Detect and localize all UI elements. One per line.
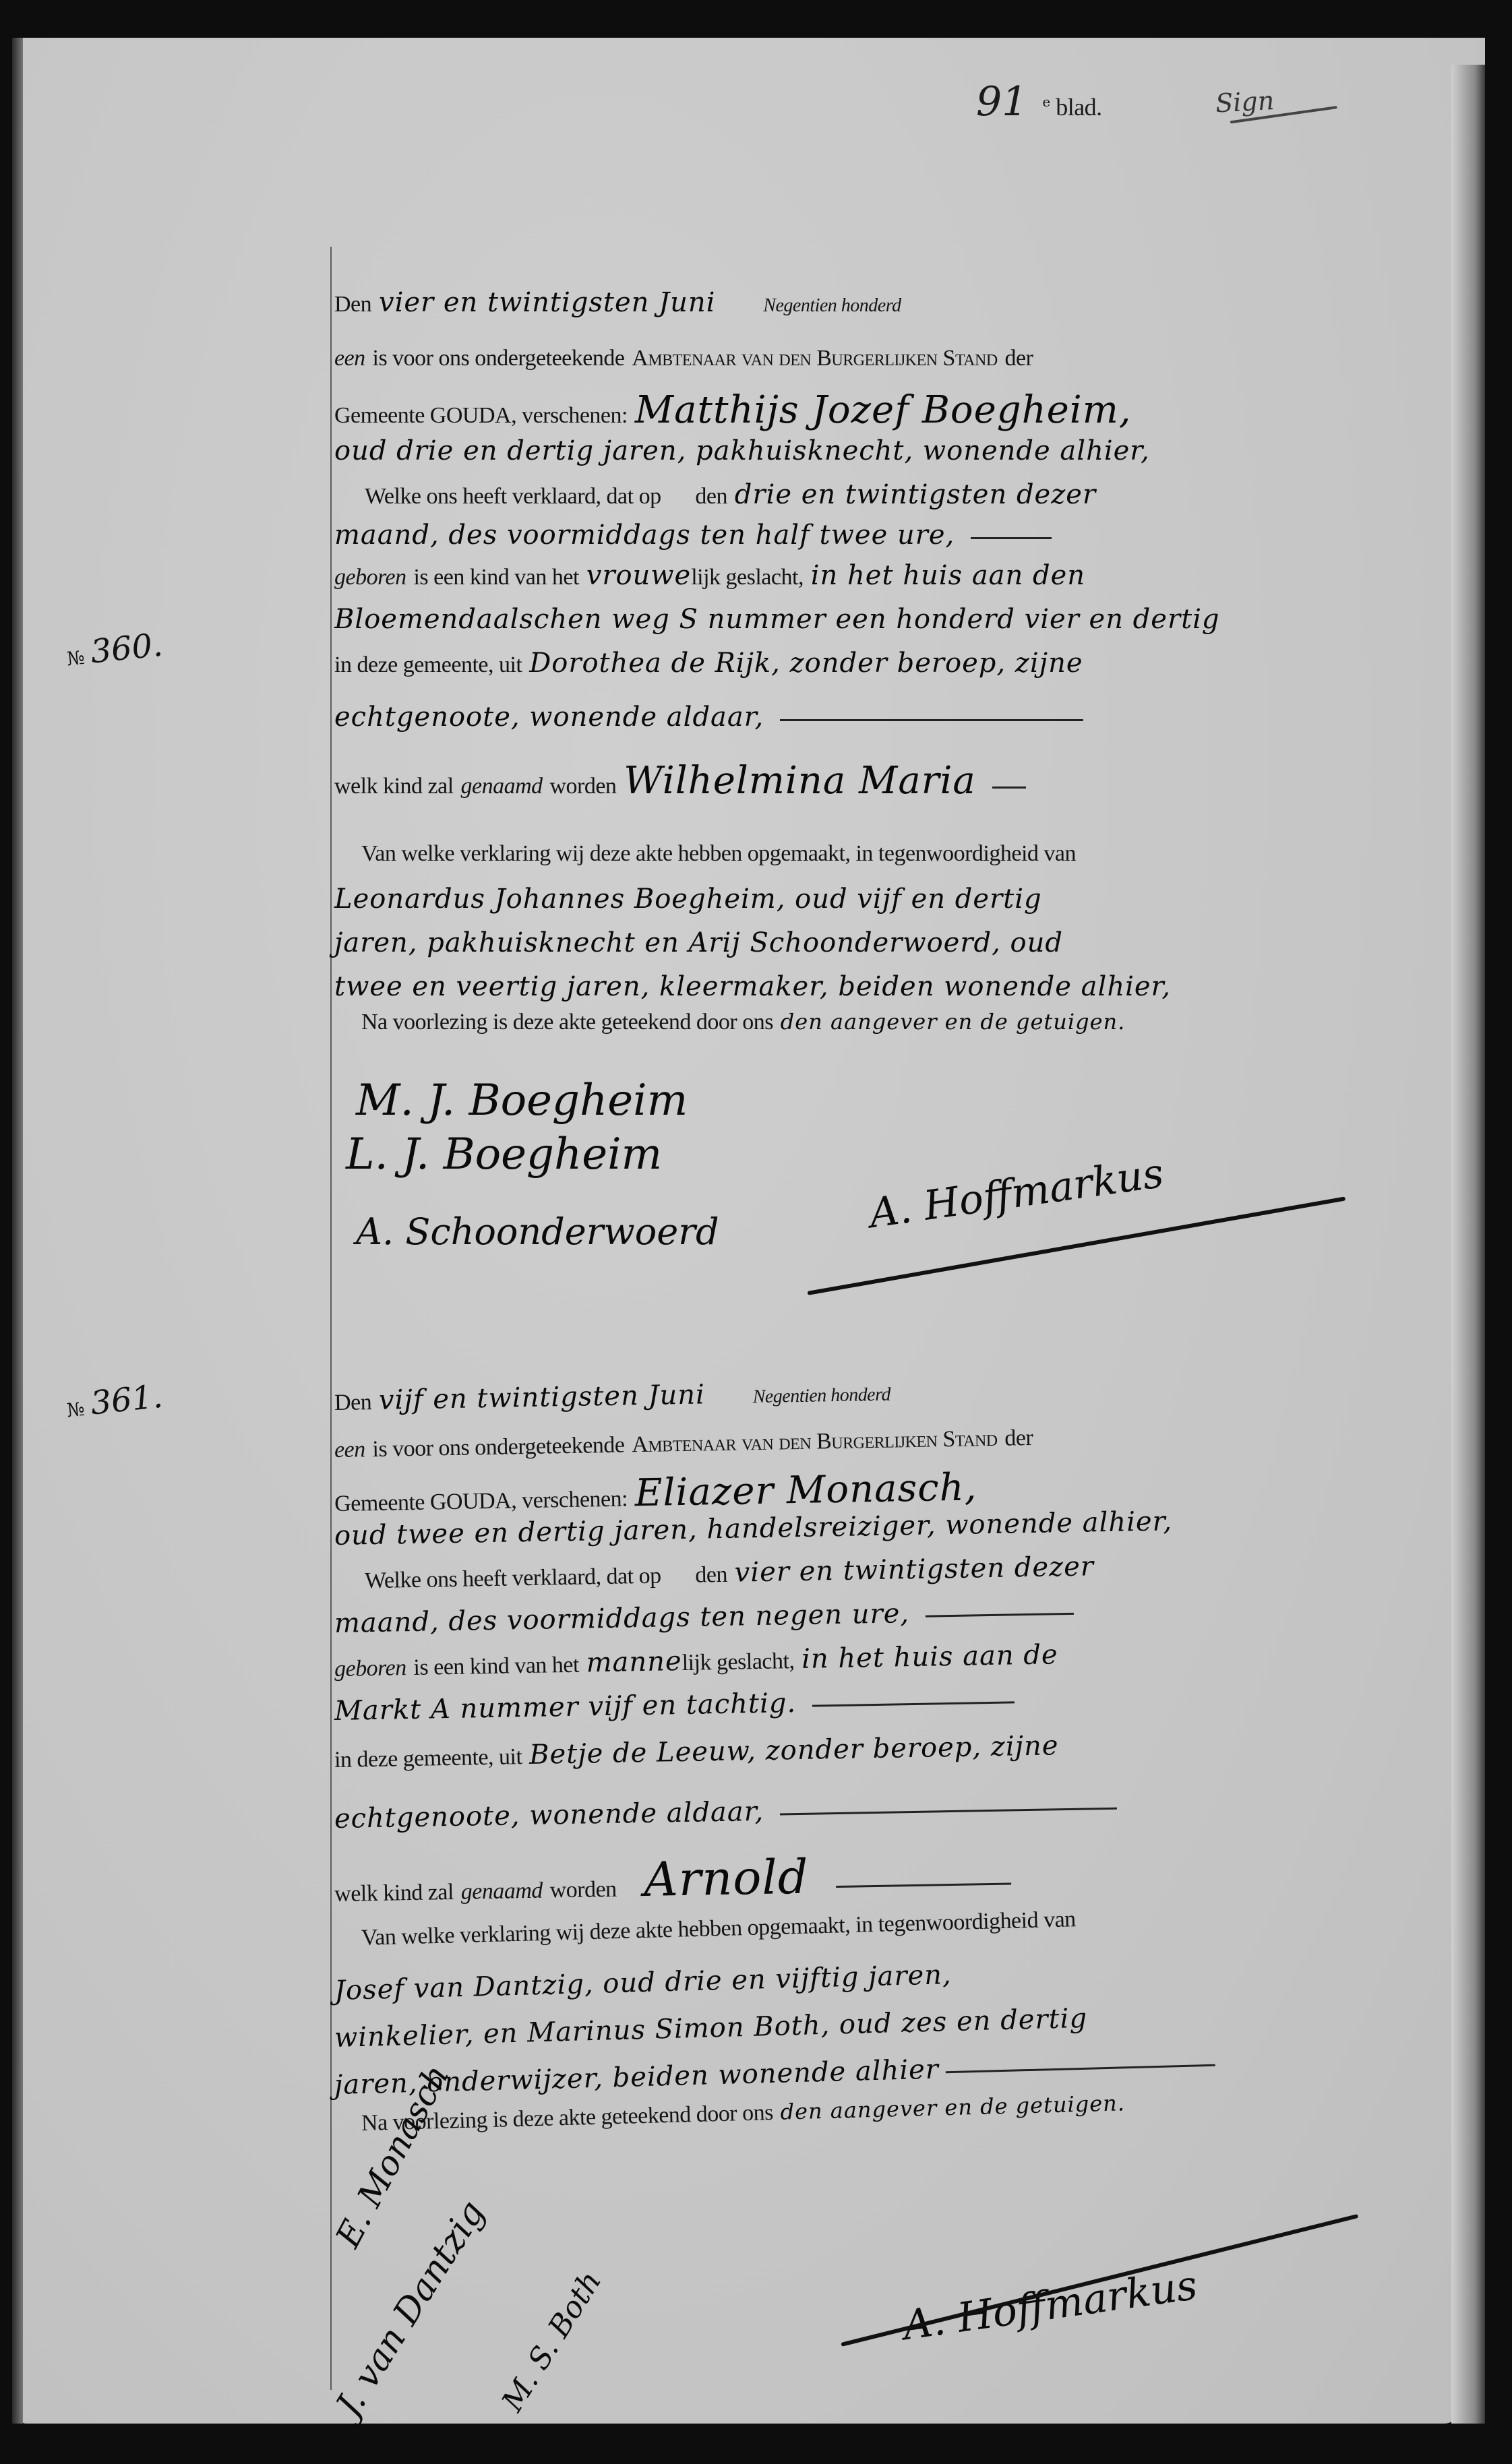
signature-declarant: M. J. Boegheim [356,1076,688,1126]
handwritten-date: vier en twintigsten Juni [379,287,716,318]
birth-date: drie en twintigsten dezer [735,479,1096,510]
fill-dash [971,537,1052,539]
printed-text: is voor ons ondergeteekende [373,346,625,371]
record-number-value: 361. [89,1378,164,1423]
child-sex: vrouwe [586,560,691,591]
record-line-witness1: Josef van Dantzig, oud drie en vijftig j… [334,1948,1386,2006]
child-sex: manne [586,1646,682,1678]
printed-year-prefix: Negentien honderd [752,1384,890,1408]
printed-text: is voor ons ondergeteekende [372,1432,625,1462]
page-gutter-edge [12,38,23,2424]
record-line-official: een is voor ons ondergeteekende Ambtenaa… [334,1418,1386,1463]
page-number: 91 [976,78,1027,125]
signature-witness-1: L. J. Boegheim [346,1130,662,1179]
mother-residence: echtgenoote, wonende aldaar, [334,1796,764,1835]
page-label: blad. [1056,94,1101,121]
signature-witness-2: A. Schoonderwoerd [356,1210,719,1253]
record-line-address: Bloemendaalschen weg S nummer een honder… [334,604,1386,635]
page-binding-edge [1451,65,1485,2424]
fill-dash [812,1701,1015,1706]
printed-text: Welke ons heeft verklaard, dat op [365,1564,661,1594]
record-line-witness2: jaren, pakhuisknecht en Arij Schoonderwo… [334,927,1386,958]
printed-text: genaamd [460,774,542,799]
record-line-date: Den vijf en twintigsten Juni Negentien h… [334,1367,1387,1417]
child-name: Wilhelmina Maria [624,759,976,803]
record-line-witness-details: twee en veertig jaren, kleermaker, beide… [334,971,1386,1002]
fill-dash [780,1807,1117,1815]
record-line-birth-time: maand, des voormiddags ten half twee ure… [334,520,1386,551]
printed-text: Welke ons heeft verklaard, dat op [365,484,661,509]
signers-note: den aangever en de getuigen. [780,2090,1125,2124]
birth-time: maand, des voormiddags ten negen ure, [334,1598,910,1639]
printed-text: geboren [334,565,406,590]
printed-text: den [695,1562,727,1588]
printed-text: genaamd [460,1878,543,1905]
record-line-date: Den vier en twintigsten Juni Negentien h… [334,287,1386,318]
witness-1-details: Josef van Dantzig, oud drie en vijftig j… [334,1959,952,2006]
birthplace-intro: in het huis aan de [802,1639,1058,1675]
printed-text: lijk geslacht, [682,1649,794,1675]
record-line-birth-date: Welke ons heeft verklaard, dat op den vi… [334,1546,1387,1595]
witness-details: twee en veertig jaren, kleermaker, beide… [334,971,1171,1002]
handwritten-date: vijf en twintigsten Juni [379,1379,706,1415]
record-line-witness1: Leonardus Johannes Boegheim, oud vijf en… [334,884,1386,915]
record-line-closing: Na voorlezing is deze akte geteekend doo… [334,1008,1386,1035]
numero-sign: № [65,646,86,671]
child-name: Arnold [643,1849,809,1907]
printed-text: geboren [334,1655,406,1682]
page-number-suffix: e [1042,94,1050,110]
printed-text: Gemeente GOUDA, verschenen: [334,403,628,428]
fill-dash [836,1882,1011,1888]
printed-text: Van welke verklaring wij deze akte hebbe… [361,1907,1077,1950]
record-line-mother-residence: echtgenoote, wonende aldaar, [334,702,1386,733]
record-line-declarant-details: oud drie en dertig jaren, pakhuisknecht,… [334,435,1386,466]
record-line-official: een is voor ons ondergeteekende Ambtenaa… [334,344,1386,371]
record-line-mother: in deze gemeente, uit Dorothea de Rijk, … [334,648,1386,679]
mother-name: Betje de Leeuw, zonder beroep, zijne [529,1730,1059,1770]
printed-official-title: Ambtenaar van den Burgerlijken Stand [632,346,997,371]
birth-time: maand, des voormiddags ten half twee ure… [334,520,955,551]
printed-text: is een kind van het [413,565,578,590]
printed-text: worden [549,774,616,799]
record-line-declarant: Gemeente GOUDA, verschenen: Matthijs Joz… [334,388,1386,432]
printed-text: welk kind zal [334,774,454,799]
page-header: 91eblad. [976,78,1102,125]
record-line-birth-date: Welke ons heeft verklaard, dat op den dr… [334,479,1386,510]
witness-2-details: jaren, pakhuisknecht en Arij Schoonderwo… [334,927,1063,958]
record-line-mother: in deze gemeente, uit Betje de Leeuw, zo… [334,1725,1387,1774]
printed-text: welk kind zal [334,1880,454,1907]
record-number-value: 360. [89,626,164,671]
signers-note: den aangever en de getuigen. [781,1009,1126,1035]
declarant-name: Matthijs Jozef Boegheim, [635,388,1132,432]
fill-dash [780,719,1083,721]
printed-text: in deze gemeente, uit [334,652,522,677]
record-line-witness-intro: Van welke verklaring wij deze akte hebbe… [334,840,1386,867]
mother-residence: echtgenoote, wonende aldaar, [334,702,764,733]
printed-text: der [1004,1425,1033,1451]
witness-2-details: winkelier, en Marinus Simon Both, oud ze… [334,2003,1087,2054]
printed-text: Van welke verklaring wij deze akte hebbe… [361,841,1076,866]
printed-text: in deze gemeente, uit [334,1744,522,1773]
record-line-child-name: welk kind zal genaamd worden Wilhelmina … [334,759,1386,803]
record-number: №360. [64,626,164,674]
witness-1-details: Leonardus Johannes Boegheim, oud vijf en… [334,884,1042,915]
record-number: №361. [64,1378,164,1425]
printed-official-title: Ambtenaar van den Burgerlijken Stand [632,1426,998,1457]
mother-name: Dorothea de Rijk, zonder beroep, zijne [529,648,1083,679]
record-line-sex: geboren is een kind van het mannelijk ge… [334,1634,1387,1683]
register-page: 91eblad. Sign №360. Den vier en twintigs… [12,38,1485,2424]
fill-dash [946,2064,1215,2072]
margin-rule [330,247,332,2390]
printed-text: Na voorlezing is deze akte geteekend doo… [361,1010,773,1035]
record-line-sex: geboren is een kind van het vrouwelijk g… [334,560,1386,591]
birth-address: Bloemendaalschen weg S nummer een honder… [334,604,1220,635]
declarant-name: Eliazer Monasch, [634,1465,977,1515]
signature-registrar: A. Hoffmarkus [866,1150,1166,1237]
printed-text: Den [334,1390,372,1415]
printed-text: Den [334,292,371,317]
initials-stamp: Sign [1215,82,1358,116]
printed-text: worden [549,1877,617,1903]
record-line-witness2: winkelier, en Marinus Simon Both, oud ze… [334,1995,1386,2054]
printed-year-prefix: Negentien honderd [763,295,901,316]
record-line-birth-time: maand, des voormiddags ten negen ure, [334,1590,1387,1639]
declarant-details: oud drie en dertig jaren, pakhuisknecht,… [334,435,1150,466]
record-line-address: Markt A nummer vijf en tachtig. [334,1677,1387,1727]
birth-date: vier en twintigsten dezer [734,1551,1094,1588]
printed-text: Gemeente GOUDA, verschenen: [334,1486,628,1516]
record-line-mother-residence: echtgenoote, wonende aldaar, [334,1785,1387,1835]
fill-dash [992,787,1026,789]
signature-registrar: A. Hoffmarkus [900,2262,1200,2349]
printed-text: lijk geslacht, [691,565,804,590]
printed-text: is een kind van het [413,1653,579,1680]
signature-witness-2: M. S. Both [495,2265,608,2417]
birth-address: Markt A nummer vijf en tachtig. [334,1688,797,1727]
printed-text: den [695,484,727,509]
printed-text: een [334,1437,365,1462]
fill-dash [926,1612,1074,1617]
birthplace-intro: in het huis aan den [811,560,1085,591]
registrar-flourish [841,2214,1358,2347]
printed-text: der [1005,346,1033,371]
printed-text: een [334,346,365,371]
numero-sign: № [65,1398,86,1422]
